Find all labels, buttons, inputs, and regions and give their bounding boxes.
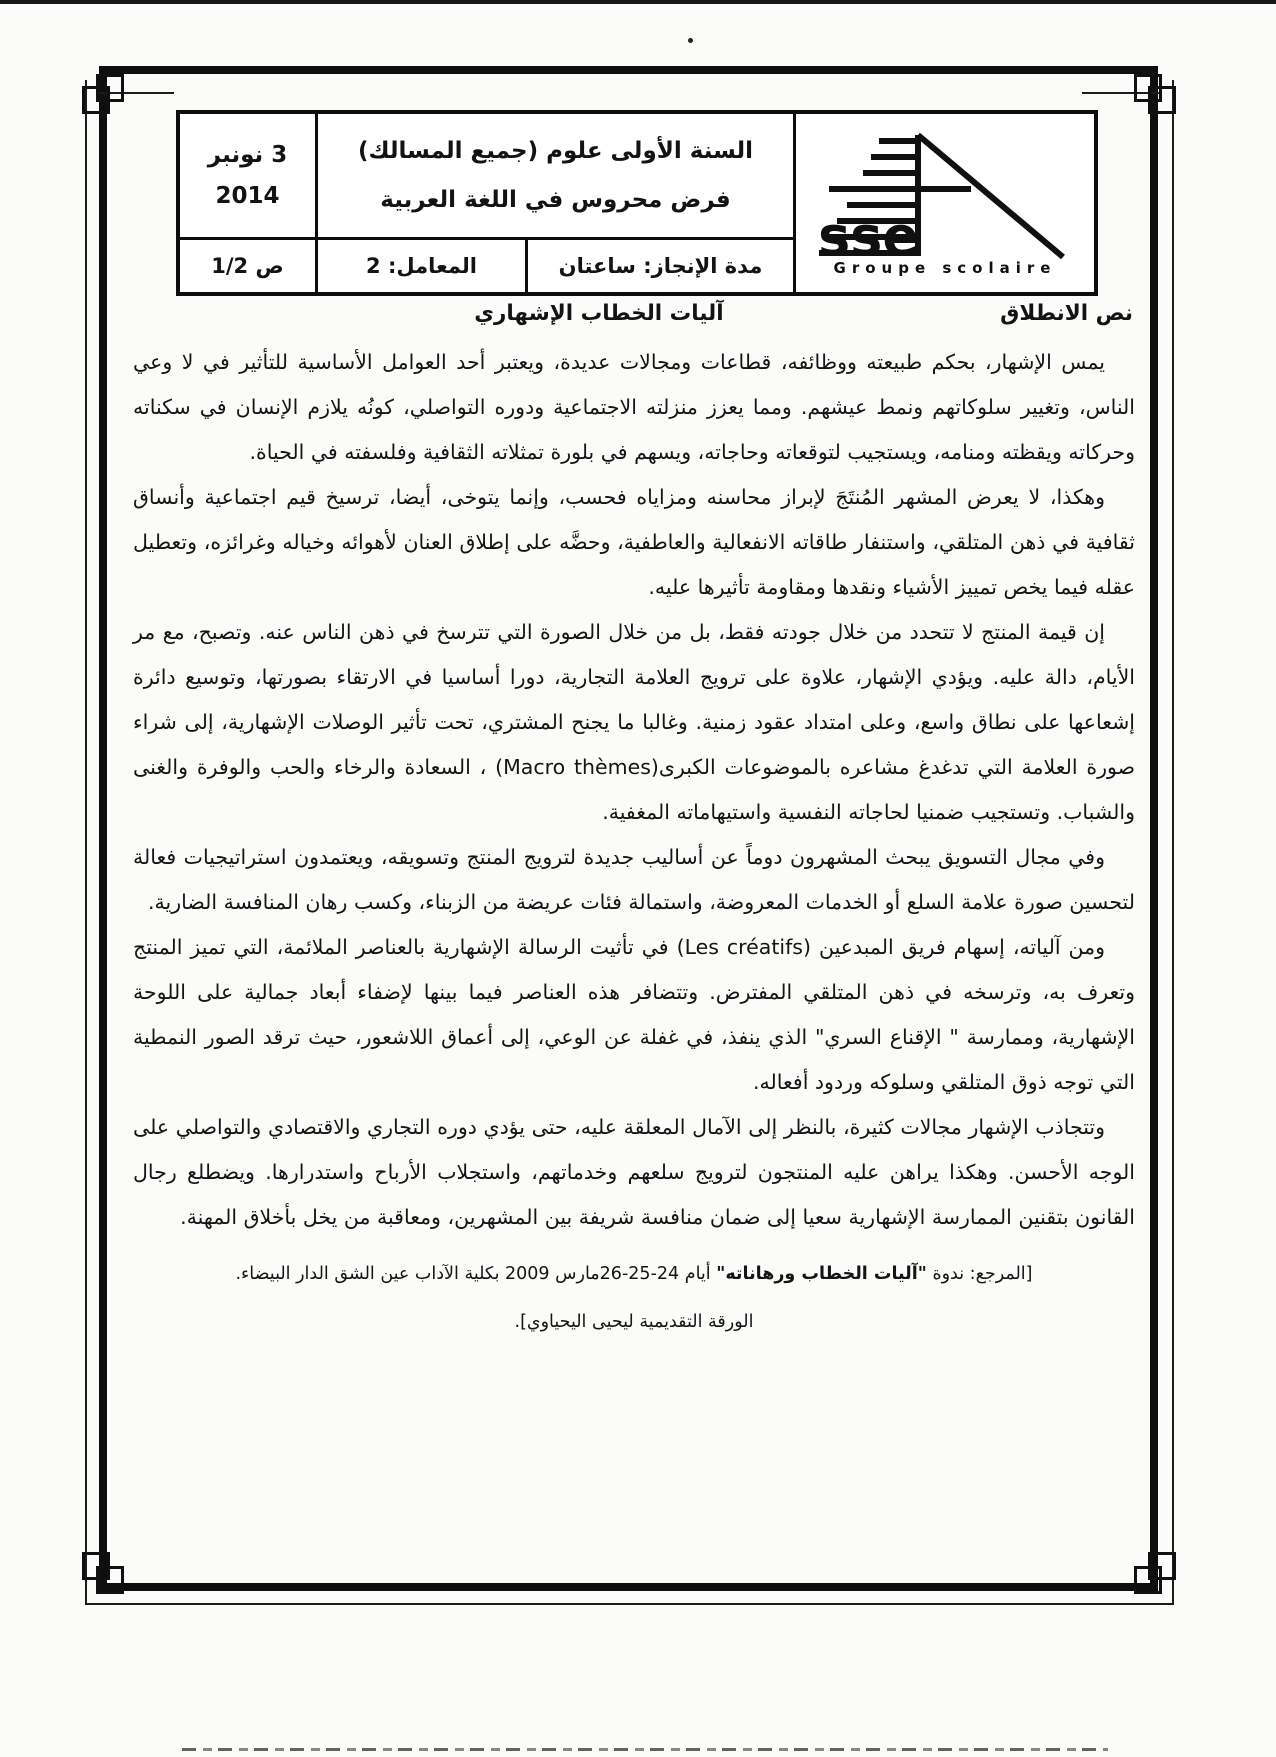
ink-speck: [688, 38, 693, 43]
duration-cell: مدة الإنجاز: ساعتان: [528, 240, 796, 292]
source-text-label: نص الانطلاق: [1000, 301, 1133, 326]
exam-date-year: 2014: [216, 176, 280, 216]
reference-prefix: [المرجع: ندوة: [927, 1264, 1033, 1284]
exam-level-line: السنة الأولى علوم (جميع المسالك): [358, 127, 753, 175]
exam-title-cell: السنة الأولى علوم (جميع المسالك) فرض محر…: [318, 114, 796, 240]
logo-subtitle: Groupe scolaire: [834, 259, 1057, 277]
exam-date-cell: 3 نونبر 2014: [180, 114, 318, 240]
paragraph: وفي مجال التسويق يبحث المشهرون دوماً عن …: [133, 835, 1135, 925]
corner-ornament: [1134, 74, 1162, 102]
paragraph: يمس الإشهار، بحكم طبيعته ووظائفه، قطاعات…: [133, 340, 1135, 475]
exam-subject-line: فرض محروس في اللغة العربية: [380, 176, 730, 224]
headline-row: نص الانطلاق آليات الخطاب الإشهاري: [133, 301, 1135, 343]
reference-note: [المرجع: ندوة "آليات الخطاب ورهاناته" أي…: [133, 1250, 1135, 1346]
corner-ornament: [96, 74, 124, 102]
paragraph: ومن آلياته، إسهام فريق المبدعين (Les cré…: [133, 925, 1135, 1105]
logo-brand-text: nisse: [819, 205, 919, 265]
paragraph: وتتجاذب الإشهار مجالات كثيرة، بالنظر إلى…: [133, 1105, 1135, 1240]
paragraph: وهكذا، لا يعرض المشهر المُنتَجَ لإبراز م…: [133, 475, 1135, 610]
text-title: آليات الخطاب الإشهاري: [474, 301, 723, 326]
page-number-cell: ص 1/2: [180, 240, 318, 292]
scanned-exam-page: { "header": { "date": {"line1": "3 نونبر…: [0, 0, 1276, 1757]
anisse-logo-icon: nisse: [819, 129, 1071, 265]
reference-line2: الورقة التقديمية ليحيى اليحياوي].: [515, 1312, 754, 1332]
exam-text-body: يمس الإشهار، بحكم طبيعته ووظائفه، قطاعات…: [133, 340, 1135, 1346]
scan-edge-line: [0, 0, 1276, 4]
coefficient-cell: المعامل: 2: [318, 240, 528, 292]
corner-ornament: [96, 1566, 124, 1594]
footer-dashed-line: [182, 1748, 1108, 1751]
school-logo: nisse Groupe scolaire: [796, 114, 1094, 292]
reference-seminar-title: "آليات الخطاب ورهاناته": [716, 1264, 927, 1284]
corner-ornament: [1134, 1566, 1162, 1594]
exam-date-day-month: 3 نونبر: [208, 135, 287, 175]
reference-suffix: أيام 24-25-26مارس 2009 بكلية الآداب عين …: [235, 1264, 716, 1284]
exam-header-table: 3 نونبر 2014 السنة الأولى علوم (جميع الم…: [176, 110, 1098, 296]
paragraph: إن قيمة المنتج لا تتحدد من خلال جودته فق…: [133, 610, 1135, 835]
